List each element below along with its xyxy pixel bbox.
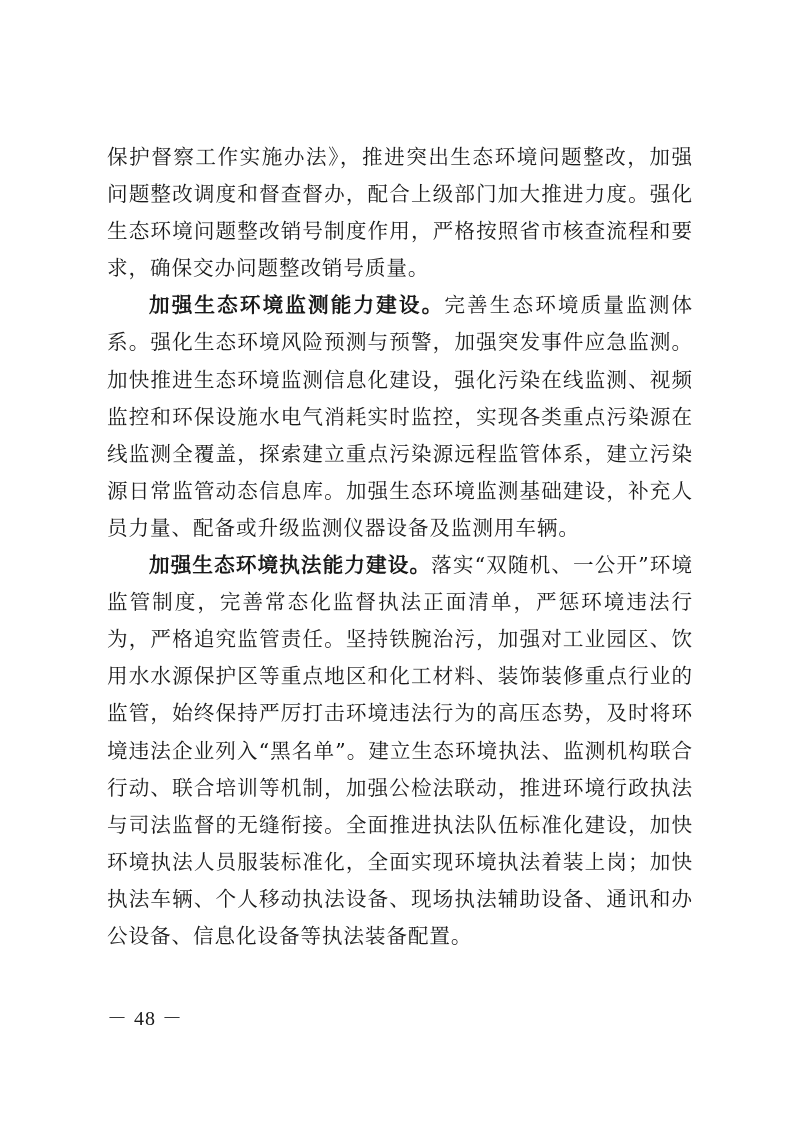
- paragraph-heading: 加强生态环境执法能力建设。: [149, 553, 431, 577]
- paragraph-monitoring-capacity: 加强生态环境监测能力建设。完善生态环境质量监测体系。强化生态环境风险预测与预警，…: [107, 287, 693, 547]
- page-number: － 48 －: [107, 1002, 183, 1031]
- paragraph-continuation: 保护督察工作实施办法》，推进突出生态环境问题整改，加强问题整改调度和督查督办，配…: [107, 139, 693, 287]
- paragraph-text: 完善生态环境质量监测体系。强化生态环境风险预测与预警，加强突发事件应急监测。加快…: [107, 293, 693, 540]
- paragraph-enforcement-capacity: 加强生态环境执法能力建设。落实“双随机、一公开”环境监管制度，完善常态化监督执法…: [107, 547, 693, 955]
- paragraph-text: 保护督察工作实施办法》，推进突出生态环境问题整改，加强问题整改调度和督查督办，配…: [107, 145, 693, 280]
- paragraph-text: 落实“双随机、一公开”环境监管制度，完善常态化监督执法正面清单，严惩环境违法行为…: [107, 553, 693, 948]
- paragraph-heading: 加强生态环境监测能力建设。: [149, 293, 444, 317]
- document-page: 保护督察工作实施办法》，推进突出生态环境问题整改，加强问题整改调度和督查督办，配…: [107, 139, 693, 955]
